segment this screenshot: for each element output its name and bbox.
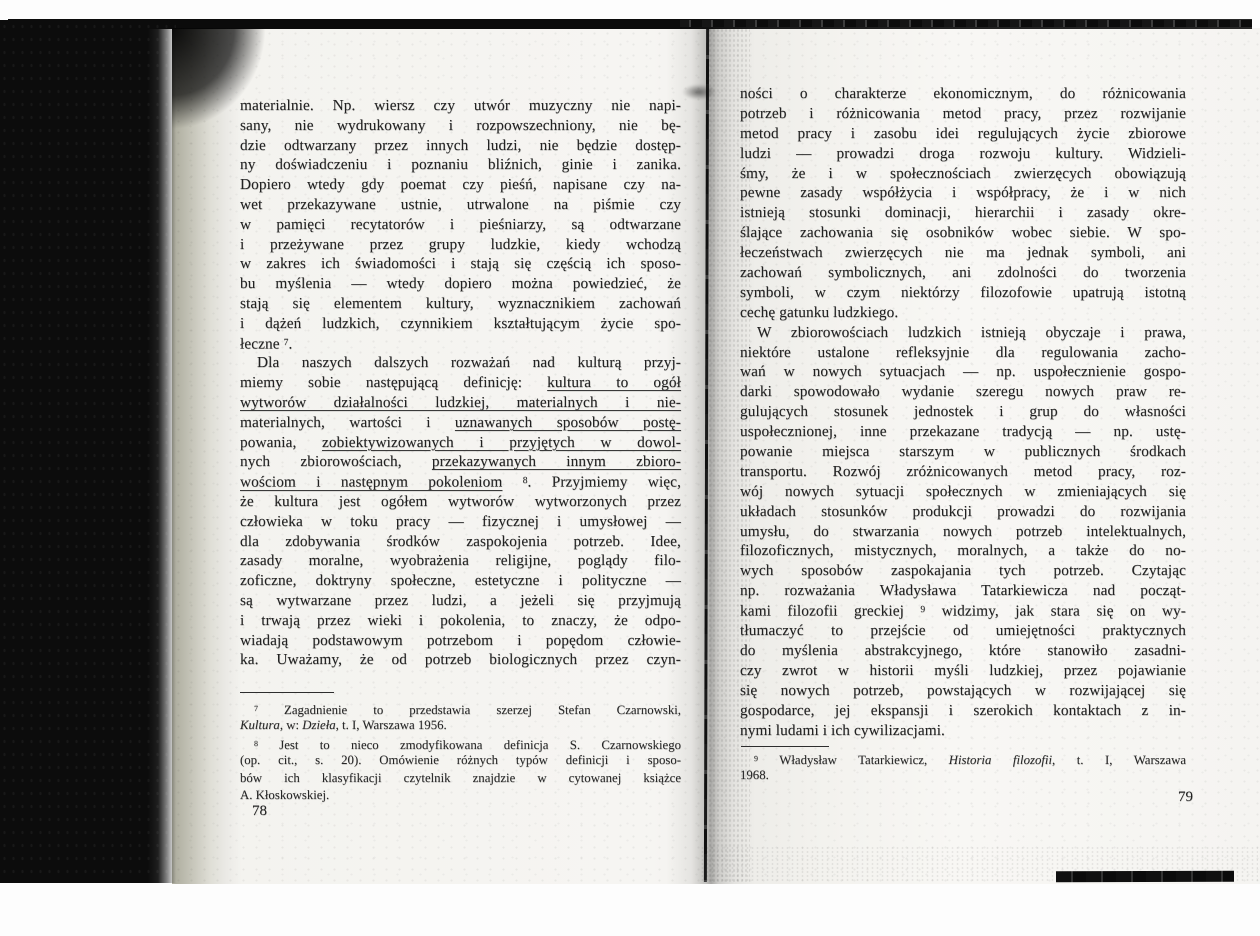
text-line: wościom i następnym pokoleniom 8. Przyjm… (240, 472, 681, 492)
text-line: zasady moralne, wyobrażenia religijne, p… (240, 551, 681, 571)
text-line: materialnych, wartości i uznawanych spos… (240, 413, 681, 433)
text-line: umysłu, do stwarzania nowych potrzeb int… (740, 522, 1186, 542)
text-line: zachowań symbolicznych, ani zdolności do… (740, 263, 1186, 283)
text-line: dzie odtwarzany przez innych ludzi, nie … (240, 136, 681, 156)
text-line: powanie miejsca starszym w publicznych ś… (740, 442, 1186, 462)
text-line: czy zwrot w historii myśli ludzkiej, prz… (740, 661, 1186, 681)
footnote-separator (741, 746, 829, 747)
text-line: np. rozważania Władysława Tatarkiewicza … (740, 581, 1186, 601)
text-line: wytworów działalności ludzkiej, material… (240, 393, 681, 413)
text-line: potrzeb i różnicowania metod pracy, prze… (740, 104, 1186, 124)
page-right-text: ności o charakterze ekonomicznym, do róż… (740, 84, 1186, 740)
text-line: wiadają podstawowym potrzebom i popędom … (240, 631, 681, 651)
text-line: stają się elementem kultury, wyznaczniki… (240, 294, 681, 314)
footnote-separator (240, 692, 334, 693)
text-line: ka. Uważamy, że od potrzeb biologicznych… (240, 650, 681, 670)
text-line: łeczeństwach zwierzęcych nie ma jednak s… (740, 243, 1186, 263)
text-line: 7 Zagadnienie to przedstawia szerzej Ste… (240, 700, 681, 717)
text-line: cechę gatunku ludzkiego. (740, 303, 1186, 323)
text-line: i przeżywane przez grupy ludzkie, kiedy … (240, 235, 681, 255)
text-line: gulujących stosunek jednostek i grup do … (740, 402, 1186, 422)
text-line: kami filozofii greckiej 9 widzimy, jak s… (740, 601, 1186, 621)
text-line: układach stosunków produkcji prowadzi do… (740, 502, 1186, 522)
text-line: ślające zachowania się osobników wobec s… (740, 223, 1186, 243)
page-right-footnotes: 9 Władysław Tatarkiewicz, Historia filoz… (740, 750, 1186, 785)
text-line: A. Kłoskowskiej. (240, 787, 681, 804)
text-line: śmy, że i w społecznościach zwierzęcych … (740, 164, 1186, 184)
text-line: Kultura, w: Dzieła, t. I, Warszawa 1956. (240, 717, 681, 734)
text-line: wych sposobów zaspokajania tych potrzeb.… (740, 561, 1186, 581)
text-line: filozoficznych, mistycznych, moralnych, … (740, 541, 1186, 561)
text-line: gospodarce, jej ekspansji i szerokich ko… (740, 701, 1186, 721)
text-line: człowieka w toku pracy — fizycznej i umy… (240, 512, 681, 532)
text-line: materialnie. Np. wiersz czy utwór muzycz… (240, 96, 681, 116)
page-number: 78 (252, 803, 267, 820)
page-number: 79 (1178, 789, 1193, 806)
scanned-book-spread: materialnie. Np. wiersz czy utwór muzycz… (0, 0, 1260, 936)
text-line: Dopiero wtedy gdy poemat czy pieśń, napi… (240, 175, 681, 195)
text-line: wój nowych sytuacji społecznych w zmieni… (740, 482, 1186, 502)
text-line: nymi ludami i ich cywilizacjami. (740, 721, 1186, 741)
text-line: istnieją stosunki dominacji, hierarchii … (740, 203, 1186, 223)
text-line: tłumaczyć to przejście od umiejętności p… (740, 621, 1186, 641)
text-line: pewne zasady współżycia i współpracy, że… (740, 183, 1186, 203)
text-line: symboli, w czym niektórzy filozofowie up… (740, 283, 1186, 303)
text-line: ności o charakterze ekonomicznym, do róż… (740, 84, 1186, 104)
scan-bottom-edge (1056, 871, 1234, 883)
text-line: wań w nowych sytuacjach — np. uspołeczni… (740, 362, 1186, 382)
text-line: Dla naszych dalszych rozważań nad kultur… (240, 353, 681, 373)
text-line: sany, nie wydrukowany i rozpowszechniony… (240, 116, 681, 136)
text-line: nych zbiorowościach, przekazywanych inny… (240, 452, 681, 472)
text-line: uspołecznionej, inne przekazane tradycją… (740, 422, 1186, 442)
text-line: 1968. (740, 767, 1186, 784)
text-line: wet przekazywane ustnie, utrwalone na pi… (240, 195, 681, 215)
text-line: w pamięci recytatorów i pieśniarzy, są o… (240, 215, 681, 235)
page-left-text: materialnie. Np. wiersz czy utwór muzycz… (240, 96, 681, 670)
text-line: do myślenia abstrakcyjnego, które stanow… (740, 641, 1186, 661)
text-line: bów ich klasyfikacji czytelnik znajdzie … (240, 770, 681, 787)
text-line: dla zdobywania środków zaspokojenia potr… (240, 532, 681, 552)
text-line: (op. cit., s. 20). Omówienie różnych typ… (240, 752, 681, 769)
text-line: się nowych potrzeb, powstających w rozwi… (740, 681, 1186, 701)
text-line: W zbiorowościach ludzkich istnieją obycz… (740, 323, 1186, 343)
text-line: 9 Władysław Tatarkiewicz, Historia filoz… (740, 750, 1186, 767)
text-line: w zakres ich świadomości i stają się czę… (240, 254, 681, 274)
text-line: darki spowodowało wydanie szeregu nowych… (740, 382, 1186, 402)
gutter-smudge (682, 84, 716, 100)
text-line: metod pracy i zasobu idei regulujących ż… (740, 124, 1186, 144)
scan-top-edge (8, 19, 1252, 29)
text-line: i dążeń ludzkich, czynnikiem kształtując… (240, 314, 681, 334)
text-line: są wytwarzane przez ludzi, a jeżeli się … (240, 591, 681, 611)
text-line: ludzi — prowadzi droga rozwoju kultury. … (740, 144, 1186, 164)
text-line: transportu. Rozwój zróżnicowanych metod … (740, 462, 1186, 482)
text-line: bu myślenia — wtedy dopiero można powied… (240, 274, 681, 294)
text-line: łeczne 7. (240, 334, 681, 354)
page-left-footnotes: 7 Zagadnienie to przedstawia szerzej Ste… (240, 700, 681, 804)
text-line: miemy sobie następującą definicję: kultu… (240, 373, 681, 393)
text-line: zoficzne, doktryny społeczne, estetyczne… (240, 571, 681, 591)
text-line: i trwają przez wieki i pokolenia, to zna… (240, 611, 681, 631)
text-line: niektóre ustalone refleksyjnie dla regul… (740, 343, 1186, 363)
text-line: ny doświadczeniu i poznaniu bliźnich, gi… (240, 155, 681, 175)
text-line: 8 Jest to nieco zmodyfikowana definicja … (240, 735, 681, 752)
scan-left-backing (0, 20, 176, 883)
text-line: że kultura jest ogółem wytworów wytworzo… (240, 492, 681, 512)
text-line: powania, zobiektywizowanych i przyjętych… (240, 433, 681, 453)
